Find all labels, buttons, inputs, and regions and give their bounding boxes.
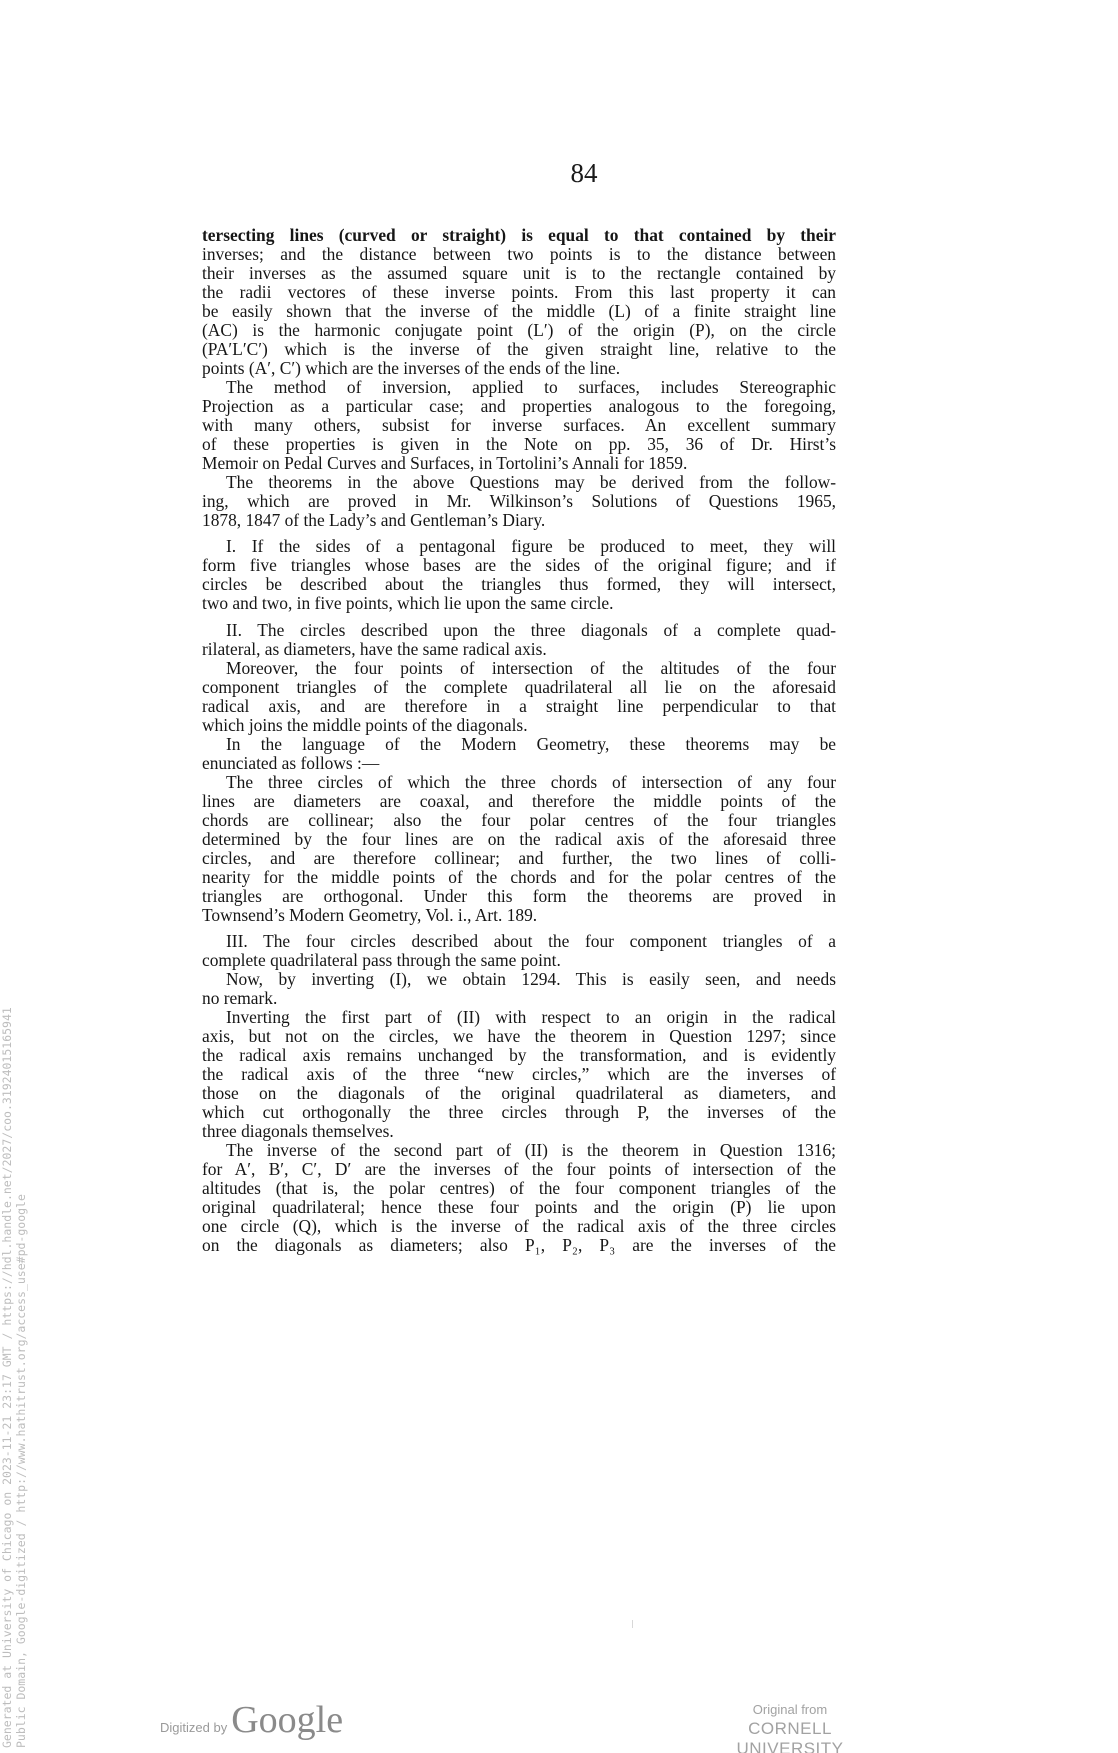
- text-line: component triangles of the complete quad…: [202, 678, 836, 697]
- text-line: Memoir on Pedal Curves and Surfaces, in …: [202, 454, 836, 473]
- text-line: which cut orthogonally the three circles…: [202, 1103, 836, 1122]
- text-line: determined by the four lines are on the …: [202, 830, 836, 849]
- text-line: one circle (Q), which is the inverse of …: [202, 1217, 836, 1236]
- text-line: The method of inversion, applied to surf…: [226, 378, 836, 397]
- watermark-line-generated: Generated at University of Chicago on 20…: [0, 0, 14, 1748]
- text-line: the radical axis remains unchanged by th…: [202, 1046, 836, 1065]
- text-line: In the language of the Modern Geometry, …: [226, 735, 836, 754]
- text-line: their inverses as the assumed square uni…: [202, 264, 836, 283]
- text-line: of these properties is given in the Note…: [202, 435, 836, 454]
- text-line: The inverse of the second part of (II) i…: [226, 1141, 836, 1160]
- text-line: The theorems in the above Questions may …: [226, 473, 836, 492]
- institution-name: CORNELL UNIVERSITY: [700, 1719, 880, 1753]
- text-line: complete quadrilateral pass through the …: [202, 951, 836, 970]
- text-line: on the diagonals as diameters; also P₁, …: [202, 1236, 836, 1255]
- text-line: III. The four circles described about th…: [226, 932, 836, 951]
- text-line: (PA′L′C′) which is the inverse of the gi…: [202, 340, 836, 359]
- text-line: II. The circles described upon the three…: [226, 621, 836, 640]
- text-line: original quadrilateral; hence these four…: [202, 1198, 836, 1217]
- digitized-by-google: Digitized byGoogle: [160, 1698, 343, 1742]
- hathitrust-watermark: Generated at University of Chicago on 20…: [0, 0, 40, 1753]
- text-line: circles, and are therefore collinear; an…: [202, 849, 836, 868]
- original-source: Original from CORNELL UNIVERSITY: [700, 1702, 880, 1753]
- text-line: chords are collinear; also the four pola…: [202, 811, 836, 830]
- text-line: 1878, 1847 of the Lady’s and Gentleman’s…: [202, 511, 836, 530]
- text-line: form five triangles whose bases are the …: [202, 556, 836, 575]
- text-line: those on the diagonals of the original q…: [202, 1084, 836, 1103]
- text-line: Projection as a particular case; and pro…: [202, 397, 836, 416]
- google-logo-icon: Google: [231, 1699, 343, 1741]
- text-line: enunciated as follows :—: [202, 754, 836, 773]
- text-line: Now, by inverting (I), we obtain 1294. T…: [226, 970, 836, 989]
- scan-mark: [632, 1620, 633, 1628]
- text-line: be easily shown that the inverse of the …: [202, 302, 836, 321]
- text-line: points (A′, C′) which are the inverses o…: [202, 359, 836, 378]
- text-line: circles be described about the triangles…: [202, 575, 836, 594]
- text-line: (AC) is the harmonic conjugate point (L′…: [202, 321, 836, 340]
- text-line: no remark.: [202, 989, 836, 1008]
- text-line: I. If the sides of a pentagonal figure b…: [226, 537, 836, 556]
- text-line: tersecting lines (curved or straight) is…: [202, 226, 836, 245]
- text-line: The three circles of which the three cho…: [226, 773, 836, 792]
- page-number: 84: [0, 158, 1118, 189]
- text-line: Townsend’s Modern Geometry, Vol. i., Art…: [202, 906, 836, 925]
- digitized-by-label: Digitized by: [160, 1720, 227, 1735]
- text-line: the radii vectores of these inverse poin…: [202, 283, 836, 302]
- text-line: three diagonals themselves.: [202, 1122, 836, 1141]
- text-line: lines are diameters are coaxal, and ther…: [202, 792, 836, 811]
- text-line: with many others, subsist for inverse su…: [202, 416, 836, 435]
- watermark-line-rights: Public Domain, Google-digitized / http:/…: [14, 0, 28, 1748]
- text-line: radical axis, and are therefore in a str…: [202, 697, 836, 716]
- text-line: inverses; and the distance between two p…: [202, 245, 836, 264]
- text-line: the radical axis of the three “new circl…: [202, 1065, 836, 1084]
- text-line: two and two, in five points, which lie u…: [202, 594, 836, 613]
- text-line: triangles are orthogonal. Under this for…: [202, 887, 836, 906]
- text-line: altitudes (that is, the polar centres) o…: [202, 1179, 836, 1198]
- text-line: which joins the middle points of the dia…: [202, 716, 836, 735]
- text-line: for A′, B′, C′, D′ are the inverses of t…: [202, 1160, 836, 1179]
- text-line: axis, but not on the circles, we have th…: [202, 1027, 836, 1046]
- text-line: rilateral, as diameters, have the same r…: [202, 640, 836, 659]
- text-line: Moreover, the four points of intersectio…: [226, 659, 836, 678]
- text-line: nearity for the middle points of the cho…: [202, 868, 836, 887]
- text-line: ing, which are proved in Mr. Wilkinson’s…: [202, 492, 836, 511]
- original-from-label: Original from: [700, 1702, 880, 1717]
- text-line: Inverting the first part of (II) with re…: [226, 1008, 836, 1027]
